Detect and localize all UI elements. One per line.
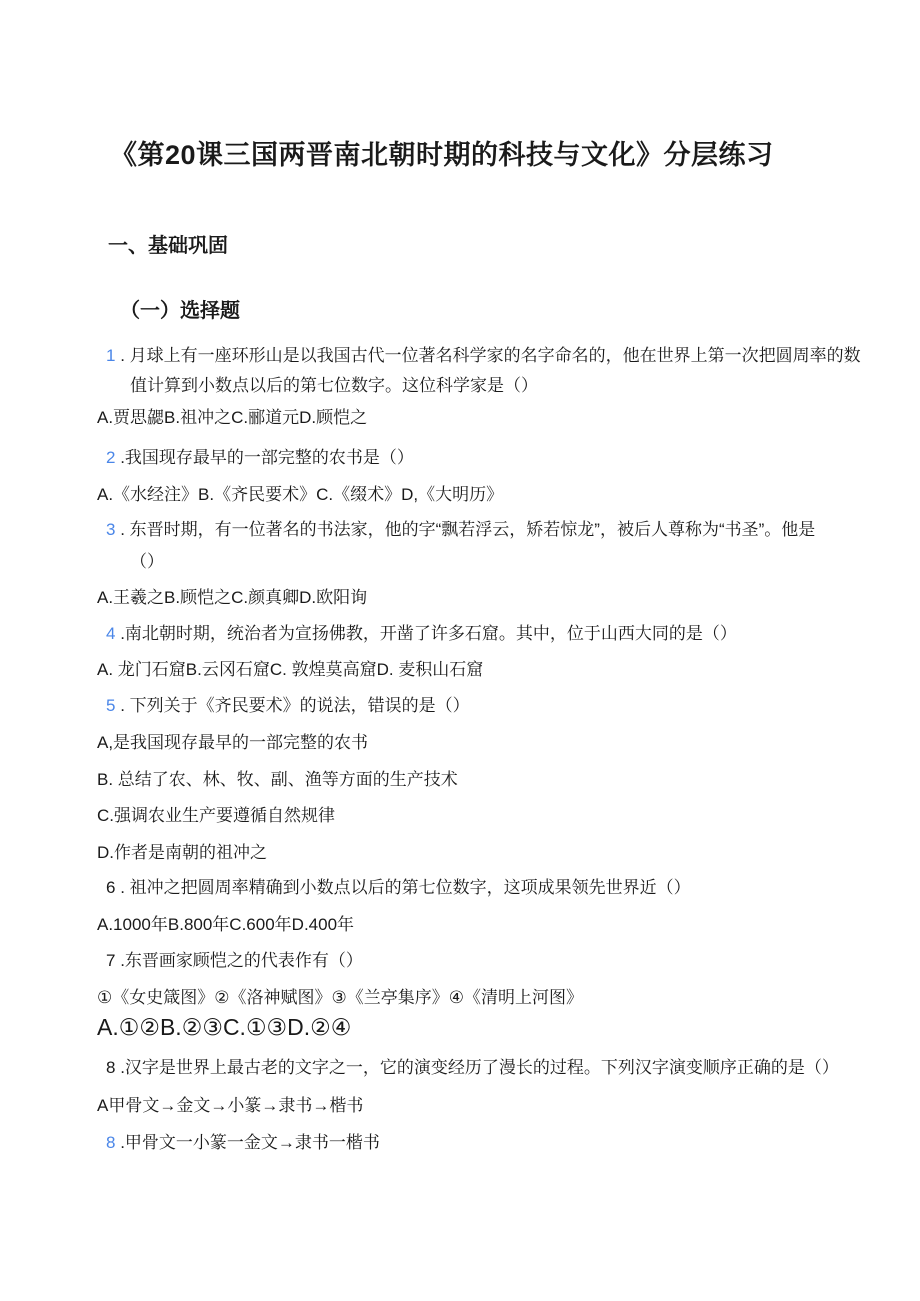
question-5-option-d: D.作者是南朝的祖冲之 xyxy=(97,842,267,863)
question-1-line-1: 1 . 月球上有一座环形山是以我国古代一位著名科学家的名字命名的，他在世界上第一… xyxy=(106,345,861,366)
question-6-options: A.1000年B.800年C.600年D.400年 xyxy=(97,914,354,935)
question-7-text: .东晋画家顾恺之的代表作有（） xyxy=(115,951,362,970)
question-8b-line-1: 8 .甲骨文一小篆一金文→隶书一楷书 xyxy=(106,1132,380,1153)
question-4-text: .南北朝时期，统治者为宣扬佛教，开凿了许多石窟。其中，位于山西大同的是（） xyxy=(115,624,736,643)
question-5-option-b: B. 总结了农、林、牧、副、渔等方面的生产技术 xyxy=(97,769,458,790)
question-8-option-a: A甲骨文→金文→小篆→隶书→楷书 xyxy=(97,1095,363,1116)
question-8b-text: .甲骨文一小篆一金文→隶书一楷书 xyxy=(115,1133,379,1152)
question-8-text: .汉字是世界上最古老的文字之一，它的演变经历了漫长的过程。下列汉字演变顺序正确的… xyxy=(115,1058,838,1077)
question-7-line-1: 7 .东晋画家顾恺之的代表作有（） xyxy=(106,950,363,971)
question-8-line-1: 8 .汉字是世界上最古老的文字之一，它的演变经历了漫长的过程。下列汉字演变顺序正… xyxy=(106,1057,839,1078)
question-5-option-a: A,是我国现存最早的一部完整的农书 xyxy=(97,732,368,753)
question-4-options: A. 龙门石窟B.云冈石窟C. 敦煌莫高窟D. 麦积山石窟 xyxy=(97,659,483,680)
question-3-line-1: 3 . 东晋时期，有一位著名的书法家，他的字“飘若浮云，矫若惊龙”，被后人尊称为… xyxy=(106,519,815,540)
subsection-heading-choice: （一）选择题 xyxy=(120,299,240,324)
question-3-line-2: （） xyxy=(130,551,164,572)
question-2-options: A.《水经注》B.《齐民要术》C.《缀术》D,《大明历》 xyxy=(97,484,503,505)
question-7-works-list: ①《女史箴图》②《洛神赋图》③《兰亭集序》④《清明上河图》 xyxy=(97,987,583,1008)
question-1-text: . 月球上有一座环形山是以我国古代一位著名科学家的名字命名的，他在世界上第一次把… xyxy=(115,346,860,365)
worksheet-page: { "page": { "title": "《第20课三国两晋南北朝时期的科技与… xyxy=(0,0,920,1301)
question-4-line-1: 4 .南北朝时期，统治者为宣扬佛教，开凿了许多石窟。其中，位于山西大同的是（） xyxy=(106,623,737,644)
question-7-options: A.①②B.②③C.①③D.②④ xyxy=(97,1013,351,1042)
question-3-options: A.王羲之B.顾恺之C.颜真卿D.欧阳询 xyxy=(97,587,367,608)
question-6-line-1: 6 . 祖冲之把圆周率精确到小数点以后的第七位数字，这项成果领先世界近（） xyxy=(106,877,691,898)
question-1-options: A.贾思勰B.祖冲之C.郦道元D.顾恺之 xyxy=(97,407,367,428)
section-heading-basics: 一、基础巩固 xyxy=(108,234,228,259)
page-title: 《第20课三国两晋南北朝时期的科技与文化》分层练习 xyxy=(110,139,774,173)
question-5-line-1: 5 . 下列关于《齐民要术》的说法，错误的是（） xyxy=(106,695,470,716)
question-6-text: . 祖冲之把圆周率精确到小数点以后的第七位数字，这项成果领先世界近（） xyxy=(115,878,690,897)
question-1-line-2: 值计算到小数点以后的第七位数字。这位科学家是（） xyxy=(130,375,538,396)
question-2-text: .我国现存最早的一部完整的农书是（） xyxy=(115,448,413,467)
question-5-text: . 下列关于《齐民要术》的说法，错误的是（） xyxy=(115,696,469,715)
question-5-option-c: C.强调农业生产要遵循自然规律 xyxy=(97,805,335,826)
question-3-text: . 东晋时期，有一位著名的书法家，他的字“飘若浮云，矫若惊龙”，被后人尊称为“书… xyxy=(115,520,815,539)
question-2-line-1: 2 .我国现存最早的一部完整的农书是（） xyxy=(106,447,414,468)
